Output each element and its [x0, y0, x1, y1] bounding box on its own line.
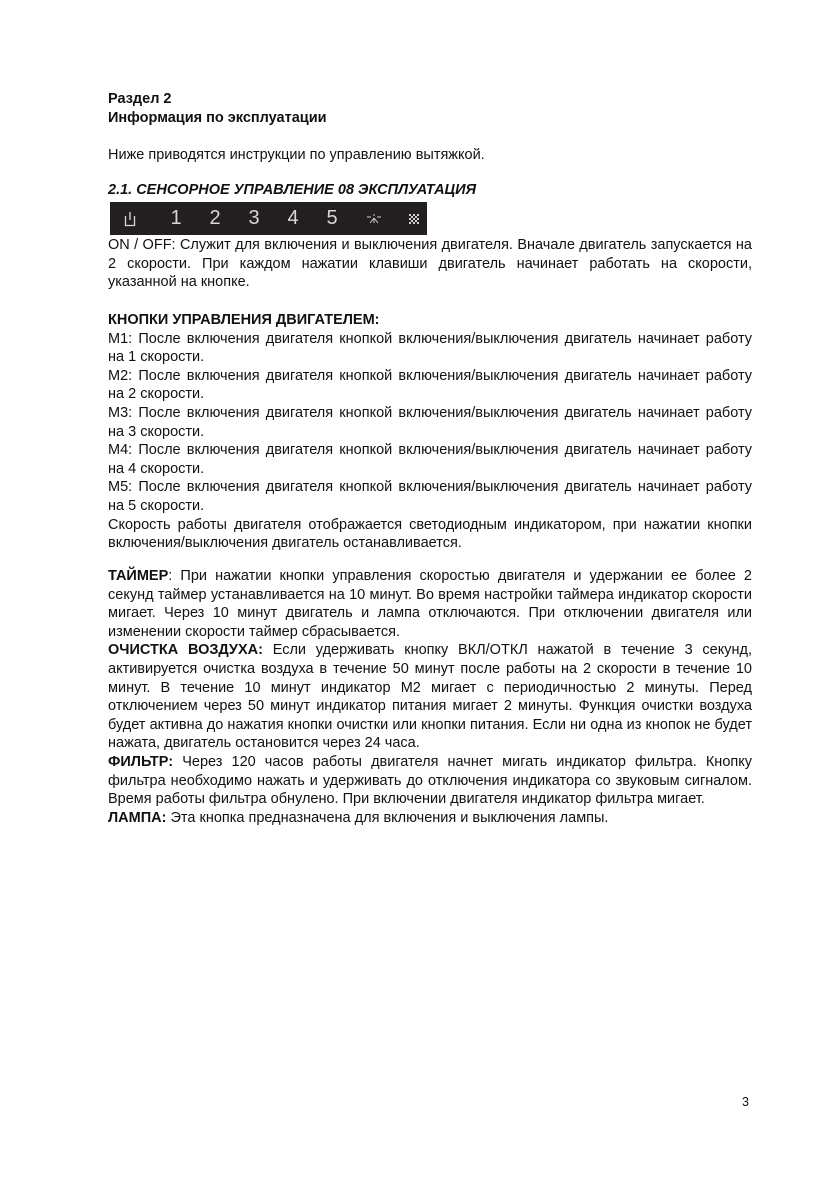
lamp-paragraph: ЛАМПА: Эта кнопка предназначена для вклю… [108, 809, 752, 828]
motor-item-m5: M5: После включения двигателя кнопкой вк… [108, 478, 752, 515]
motor-item-m2: M2: После включения двигателя кнопкой вк… [108, 367, 752, 404]
motor-item-m4: M4: После включения двигателя кнопкой вк… [108, 441, 752, 478]
document-page: Раздел 2 Информация по эксплуатации Ниже… [0, 0, 839, 1191]
lamp-label: ЛАМПА: [108, 810, 166, 826]
timer-text: : При нажатии кнопки управления скорость… [108, 568, 752, 640]
timer-label: ТАЙМЕР [108, 568, 168, 584]
filter-label: ФИЛЬТР: [108, 754, 173, 770]
speed-1-key: 1 [162, 202, 190, 235]
touch-control-panel: 1 2 3 4 5 [110, 202, 427, 235]
page-number: 3 [742, 1095, 749, 1109]
touch-control-heading: 2.1. СЕНСОРНОЕ УПРАВЛЕНИЕ 08 ЭКСПЛУАТАЦИ… [108, 181, 476, 199]
air-cleaning-label: ОЧИСТКА ВОЗДУХА: [108, 642, 263, 658]
filter-paragraph: ФИЛЬТР: Через 120 часов работы двигателя… [108, 753, 752, 809]
lamp-text: Эта кнопка предназначена для включения и… [166, 810, 608, 826]
motor-item-m3: M3: После включения двигателя кнопкой вк… [108, 404, 752, 441]
motor-speed-note: Скорость работы двигателя отображается с… [108, 516, 752, 553]
speed-5-key: 5 [318, 202, 346, 235]
motor-item-m1: M1: После включения двигателя кнопкой вк… [108, 330, 752, 367]
air-cleaning-paragraph: ОЧИСТКА ВОЗДУХА: Если удерживать кнопку … [108, 641, 752, 753]
motor-buttons-section: КНОПКИ УПРАВЛЕНИЯ ДВИГАТЕЛЕМ: M1: После … [108, 311, 752, 553]
section-subtitle: Информация по эксплуатации [108, 109, 327, 127]
air-cleaning-text: Если удерживать кнопку ВКЛ/ОТКЛ нажатой … [108, 642, 752, 751]
functions-section: ТАЙМЕР: При нажатии кнопки управления ск… [108, 567, 752, 827]
onoff-description: ON / OFF: Служит для включения и выключе… [108, 236, 752, 292]
motor-buttons-heading: КНОПКИ УПРАВЛЕНИЯ ДВИГАТЕЛЕМ: [108, 311, 752, 330]
speed-3-key: 3 [240, 202, 268, 235]
filter-icon [400, 202, 428, 235]
section-title: Раздел 2 [108, 90, 172, 108]
intro-text: Ниже приводятся инструкции по управлению… [108, 146, 485, 164]
timer-paragraph: ТАЙМЕР: При нажатии кнопки управления ск… [108, 567, 752, 641]
speed-4-key: 4 [279, 202, 307, 235]
lamp-icon [360, 202, 388, 235]
filter-text: Через 120 часов работы двигателя начнет … [108, 754, 752, 807]
power-icon [116, 202, 144, 235]
speed-2-key: 2 [201, 202, 229, 235]
onoff-text: ON / OFF: Служит для включения и выключе… [108, 236, 752, 292]
